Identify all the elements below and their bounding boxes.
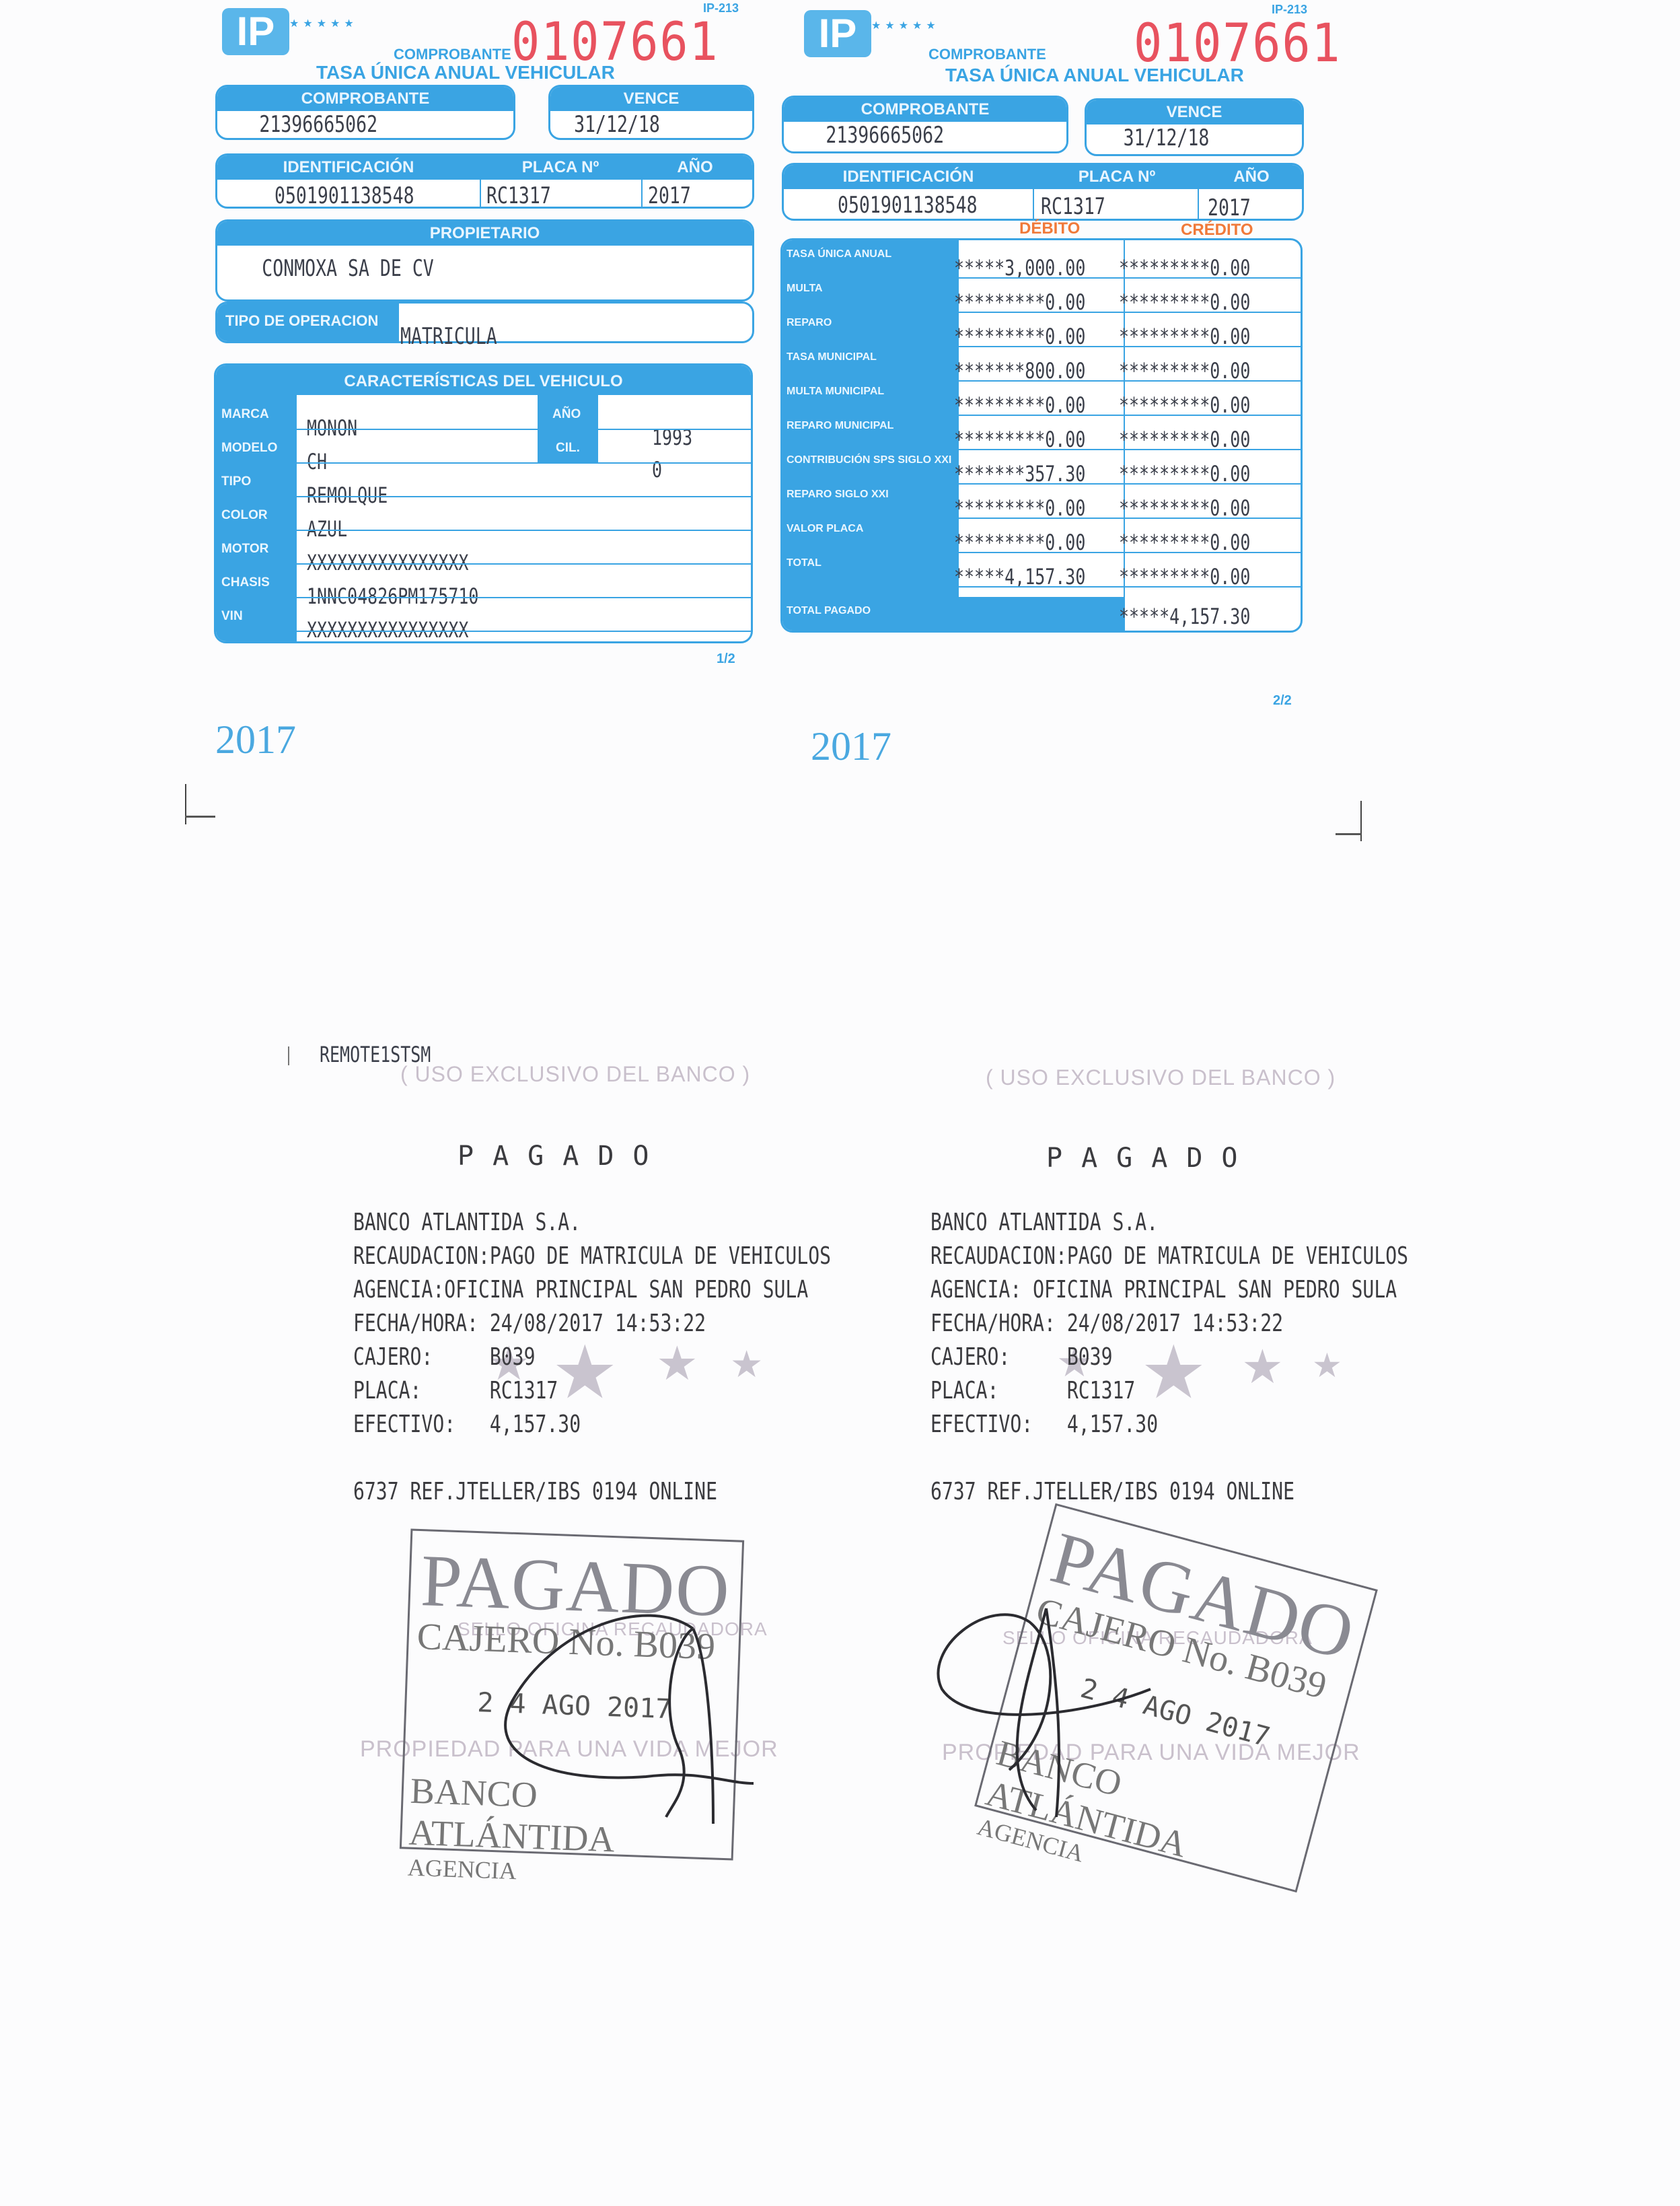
comprobante-field: COMPROBANTE 21396665062 [782, 96, 1068, 153]
receipt-lines: BANCO ATLANTIDA S.A.RECAUDACION:PAGO DE … [930, 1206, 1408, 1442]
receipt-line: BANCO ATLANTIDA S.A. [353, 1206, 831, 1240]
total-paid-label: TOTAL PAGADO [787, 605, 871, 617]
vehicle-label: COLOR [221, 508, 268, 523]
receipt-line: EFECTIVO: 4,157.30 [930, 1408, 1408, 1442]
paid-status: PAGADO [1046, 1143, 1257, 1174]
vehicle-characteristics: CARACTERÍSTICAS DEL VEHICULO AÑO CIL. 19… [214, 363, 753, 643]
identification-value: 0501901138548 [275, 182, 414, 209]
total-paid-value: *****4,157.30 [1119, 604, 1250, 629]
crop-mark [1360, 801, 1362, 841]
vehicle-value: AZUL [307, 516, 347, 542]
vence-field: VENCE 31/12/18 [1085, 98, 1304, 156]
page-indicator: 1/2 [717, 651, 735, 667]
form-title: TASA ÚNICA ANUAL VEHICULAR [316, 62, 615, 83]
vehicle-value: 1NNC04826PM175710 [307, 583, 478, 609]
crop-mark [1336, 833, 1361, 835]
vehicle-label: MOTOR [221, 542, 268, 557]
receipt-lines: BANCO ATLANTIDA S.A.RECAUDACION:PAGO DE … [353, 1206, 831, 1442]
owner-field: PROPIETARIO CONMOXA SA DE CV [215, 219, 754, 301]
charge-label: TASA ÚNICA ANUAL [787, 248, 891, 260]
ip-logo: IP [222, 8, 289, 55]
watermark-year: 2017 [811, 723, 891, 770]
vehicle-value: XXXXXXXXXXXXXXXX [307, 550, 468, 575]
receipt-line: PLACA: RC1317 [353, 1374, 831, 1408]
reference-line: 6737 REF.JTELLER/IBS 0194 ONLINE [930, 1475, 1294, 1509]
vehicle-label: CHASIS [221, 575, 270, 590]
receipt-line: FECHA/HORA: 24/08/2017 14:53:22 [353, 1307, 831, 1341]
credit-header: CRÉDITO [1181, 221, 1253, 240]
bank-only-note: ( USO EXCLUSIVO DEL BANCO ) [400, 1062, 750, 1087]
reference-line: 6737 REF.JTELLER/IBS 0194 ONLINE [353, 1475, 717, 1509]
paid-status: PAGADO [458, 1141, 668, 1172]
stars-icon: ★★★★★ [289, 17, 358, 30]
bank-only-note: ( USO EXCLUSIVO DEL BANCO ) [986, 1065, 1336, 1090]
vehicle-value: MONON [307, 415, 357, 441]
watermark-year: 2017 [215, 717, 296, 763]
vehicle-value: REMOLQUE [307, 483, 388, 508]
vence-field: VENCE 31/12/18 [548, 85, 754, 140]
comprobante-caption: COMPROBANTE [394, 46, 511, 63]
vehicle-label: VIN [221, 609, 243, 624]
year-value: 2017 [648, 182, 691, 209]
stars-icon: ★★★★★ [871, 19, 940, 32]
operation-type-value: MATRICULA [400, 323, 497, 350]
charge-label: TASA MUNICIPAL [787, 351, 877, 363]
receipt-line: AGENCIA: OFICINA PRINCIPAL SAN PEDRO SUL… [930, 1273, 1408, 1307]
comprobante-field: COMPROBANTE 21396665062 [215, 85, 515, 140]
charge-label: CONTRIBUCIÓN SPS SIGLO XXI [787, 454, 951, 466]
identification-row: IDENTIFICACIÓN PLACA Nº AÑO 050190113854… [782, 163, 1304, 221]
ip-logo: IP [804, 10, 871, 57]
crop-mark [185, 784, 186, 824]
identification-row: IDENTIFICACIÓN PLACA Nº AÑO 050190113854… [215, 153, 754, 209]
receipt-line: AGENCIA:OFICINA PRINCIPAL SAN PEDRO SULA [353, 1273, 831, 1307]
charge-label: TOTAL [787, 557, 821, 569]
receipt-line: RECAUDACION:PAGO DE MATRICULA DE VEHICUL… [930, 1240, 1408, 1273]
vehicle-value: XXXXXXXXXXXXXXXX [307, 617, 468, 643]
vehicle-label: MODELO [221, 441, 277, 456]
debit-header: DÉBITO [1019, 219, 1080, 238]
vehicle-cc: 0 [652, 457, 662, 483]
charge-label: REPARO SIGLO XXI [787, 489, 889, 501]
receipt-line: BANCO ATLANTIDA S.A. [930, 1206, 1408, 1240]
charge-label: MULTA MUNICIPAL [787, 386, 884, 398]
plate-value: RC1317 [486, 182, 551, 209]
charge-label: REPARO [787, 317, 832, 329]
crop-mark [185, 816, 215, 818]
charges-table: TASA ÚNICA ANUAL *****3,000.00 *********… [780, 238, 1303, 633]
receipt-line: PLACA: RC1317 [930, 1374, 1408, 1408]
receipt-line: CAJERO: B039 [353, 1341, 831, 1374]
comprobante-caption: COMPROBANTE [928, 46, 1046, 63]
charge-label: MULTA [787, 283, 823, 295]
form-title: TASA ÚNICA ANUAL VEHICULAR [945, 65, 1244, 86]
vehicle-value: CH [307, 449, 327, 474]
receipt-line: CAJERO: B039 [930, 1341, 1408, 1374]
page-indicator: 2/2 [1273, 693, 1292, 709]
receipt-line: FECHA/HORA: 24/08/2017 14:53:22 [930, 1307, 1408, 1341]
signature [928, 1595, 1157, 1817]
signature [471, 1602, 780, 1824]
vehicle-label: MARCA [221, 407, 269, 422]
charge-label: REPARO MUNICIPAL [787, 420, 893, 432]
charge-label: VALOR PLACA [787, 523, 863, 535]
receipt-line: RECAUDACION:PAGO DE MATRICULA DE VEHICUL… [353, 1240, 831, 1273]
vehicle-label: TIPO [221, 474, 251, 489]
receipt-line: EFECTIVO: 4,157.30 [353, 1408, 831, 1442]
